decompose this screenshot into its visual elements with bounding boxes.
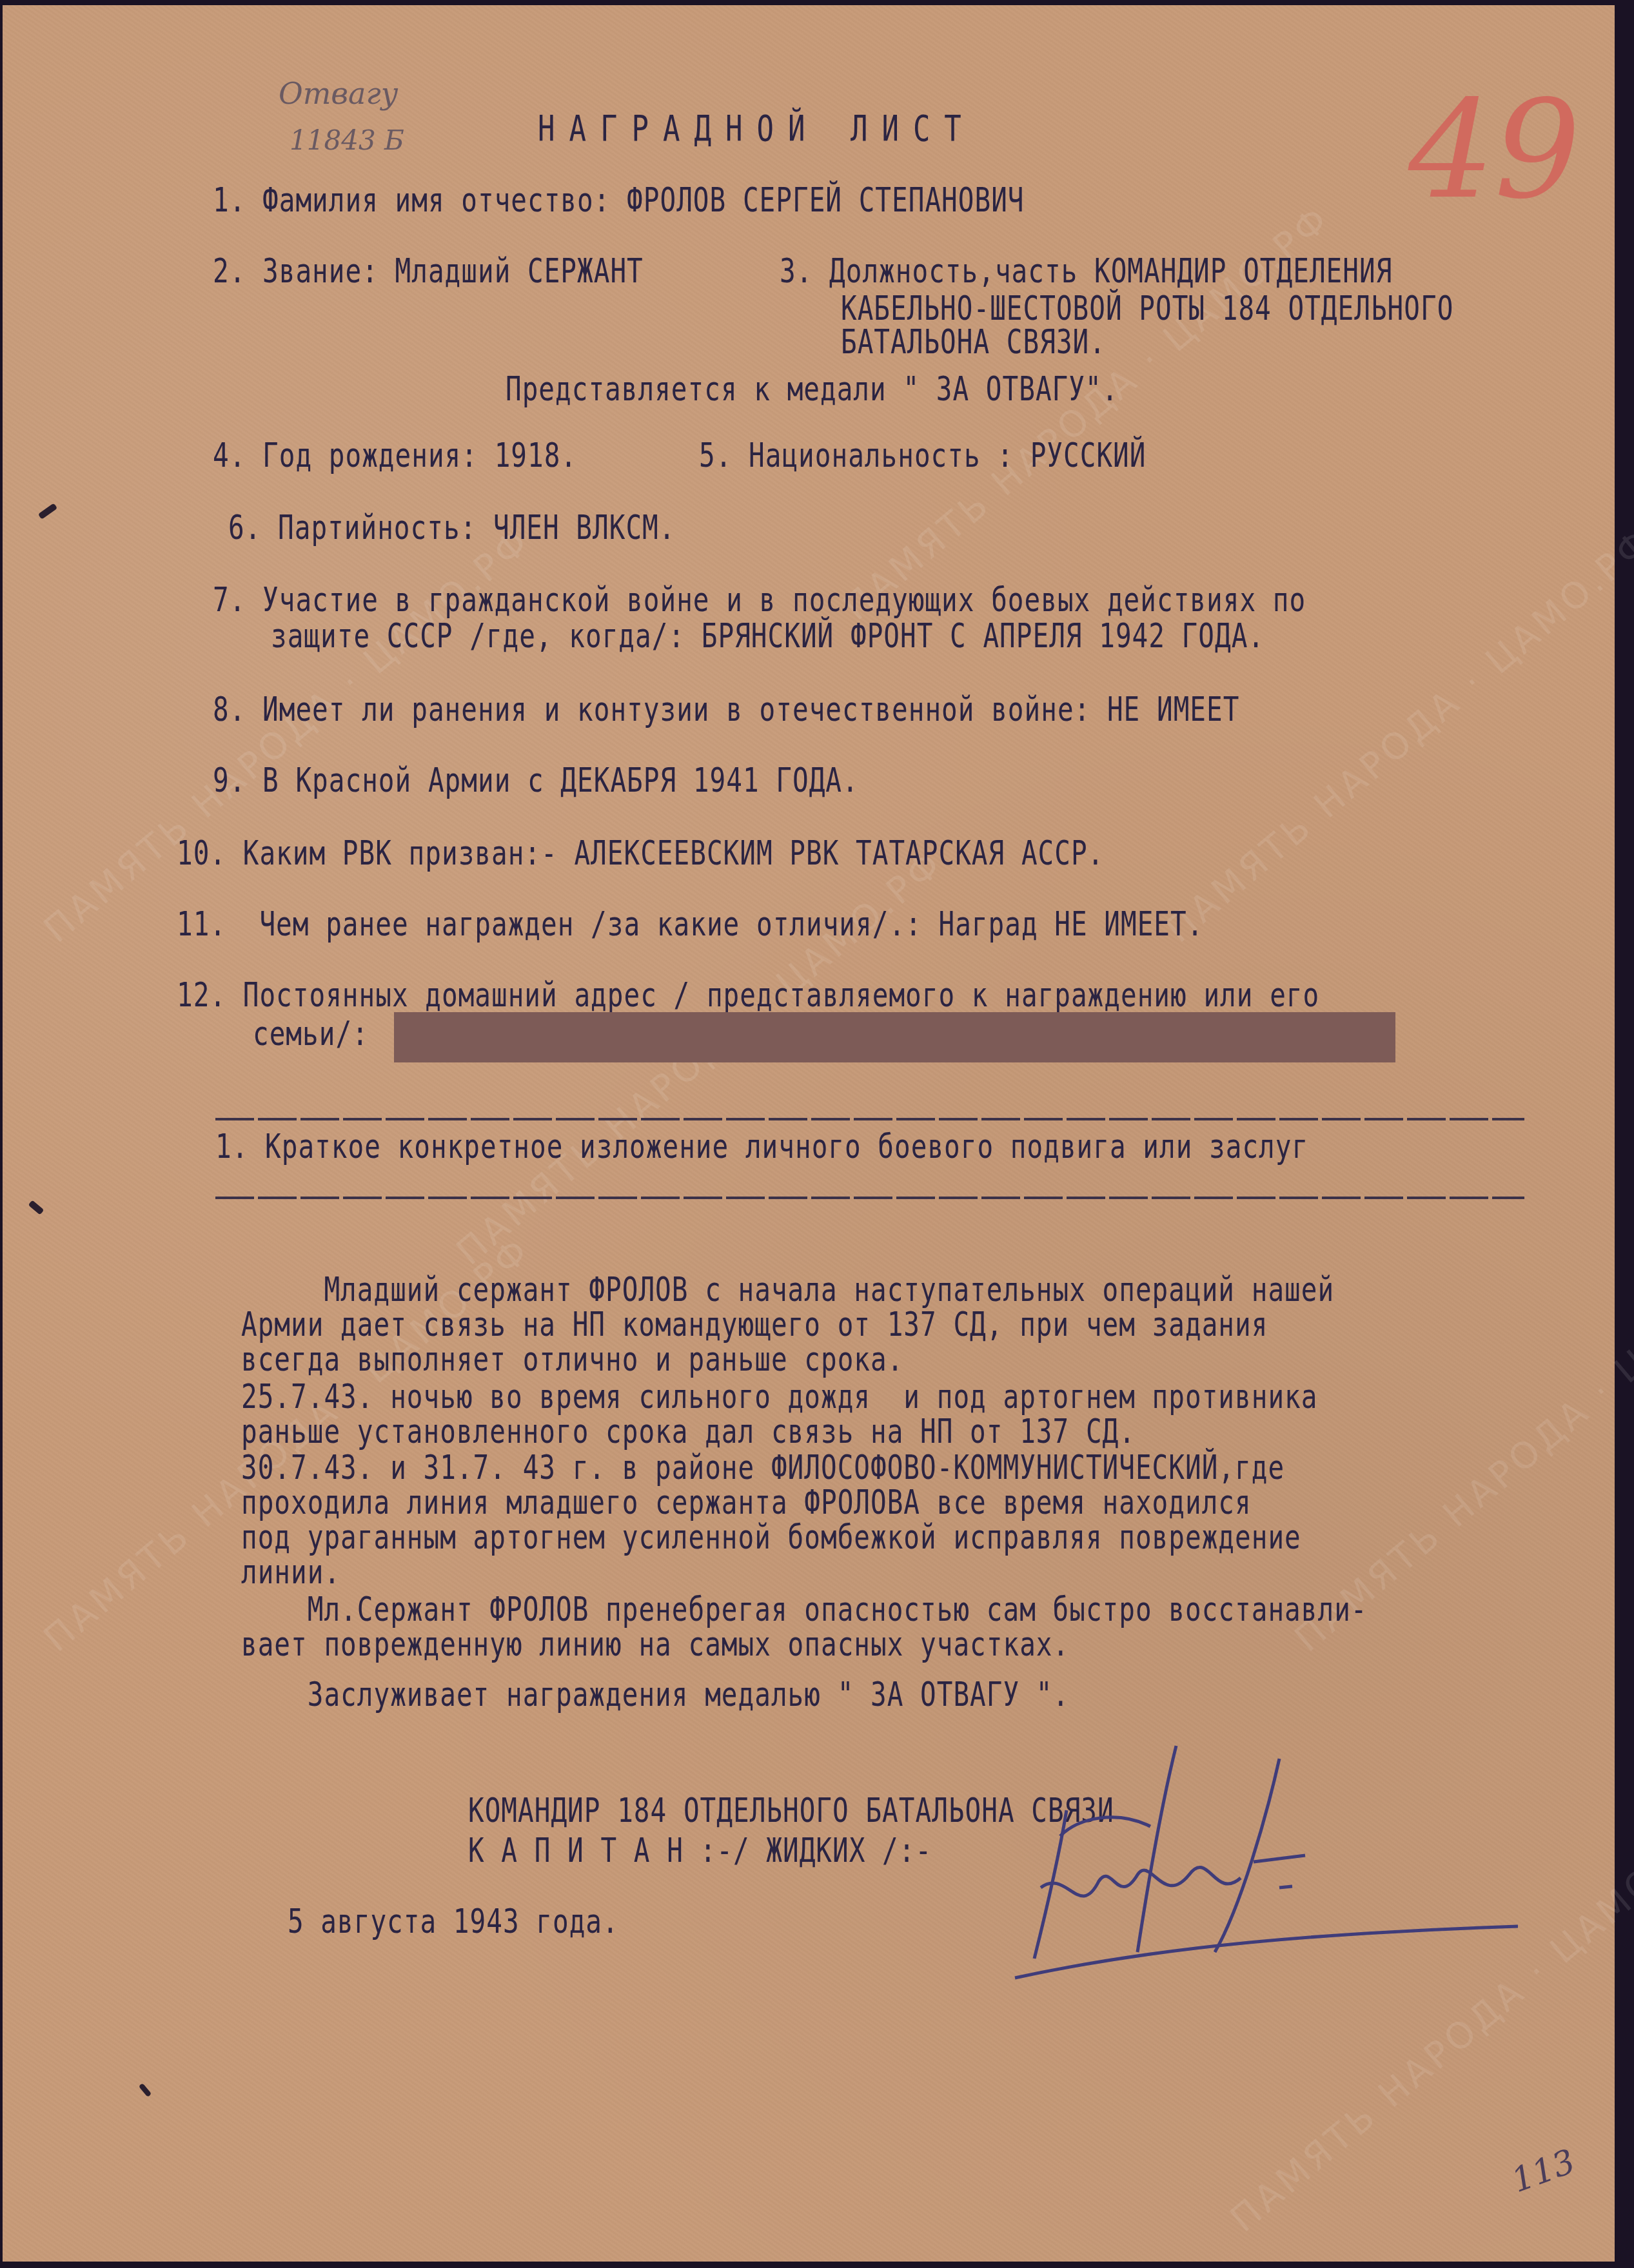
- field-participation-line1: 7. Участие в гражданской войне и в после…: [213, 580, 1306, 619]
- narrative-line: линии.: [241, 1552, 340, 1591]
- narrative-line: Младший сержант ФРОЛОВ с начала наступат…: [241, 1270, 1334, 1309]
- field-wounds: 8. Имеет ли ранения и контузии в отечест…: [213, 690, 1239, 728]
- narrative-line: Армии дает связь на НП командующего от 1…: [241, 1305, 1268, 1344]
- field-full-name: 1. Фамилия имя отчество: ФРОЛОВ СЕРГЕЙ С…: [213, 181, 1025, 219]
- section-heading: 1. Краткое конкретное изложение личного …: [215, 1127, 1308, 1166]
- field-birth-year: 4. Год рождения: 1918.: [213, 436, 577, 474]
- narrative-line: всегда выполняет отлично и раньше срока.: [241, 1340, 903, 1378]
- field-party: 6. Партийность: ЧЛЕН ВЛКСМ.: [228, 508, 675, 547]
- award-sheet-page: ПАМЯТЬ НАРОДА · ЦАМО.РФ ПАМЯТЬ НАРОДА · …: [3, 5, 1615, 2262]
- narrative-line: Заслуживает награждения медалью " ЗА ОТВ…: [241, 1675, 1069, 1714]
- field-address-line1: 12. Постоянных домашний адрес / представ…: [177, 975, 1319, 1014]
- narrative-line: Мл.Сержант ФРОЛОВ пренебрегая опасностью…: [241, 1590, 1368, 1628]
- field-drafted-by: 10. Каким РВК призван:- АЛЕКСЕЕВСКИМ РВК…: [177, 834, 1104, 872]
- divider-top: [215, 1118, 1524, 1120]
- field-address-line2: семьи/:: [253, 1014, 369, 1053]
- handwritten-note-line2: 11843 Б: [290, 124, 404, 156]
- field-participation-line2: защите СССР /где, когда/: БРЯНСКИЙ ФРОНТ…: [271, 616, 1265, 655]
- narrative-line: вает поврежденную линию на самых опасных…: [241, 1625, 1069, 1663]
- field-previous-awards: 11. Чем ранее награжден /за какие отличи…: [177, 904, 1203, 943]
- narrative-line: под ураганным артогнем усиленной бомбежк…: [241, 1518, 1301, 1556]
- paper-tear-mark: [28, 1200, 44, 1215]
- signature-scribble-icon: [905, 1739, 1537, 1997]
- field-red-army-since: 9. В Красной Армии с ДЕКАБРЯ 1941 ГОДА.: [213, 761, 859, 799]
- narrative-line: раньше установленного срока дал связь на…: [241, 1412, 1136, 1451]
- field-position-line1: 3. Должность,часть КОМАНДИР ОТДЕЛЕНИЯ: [780, 251, 1392, 290]
- nomination-line: Представляется к медали " ЗА ОТВАГУ".: [506, 369, 1118, 408]
- divider-bottom: [215, 1197, 1524, 1199]
- field-rank: 2. Звание: Младший СЕРЖАНТ: [213, 251, 644, 290]
- signatory-rank-name: К А П И Т А Н :-/ ЖИДКИХ /:-: [468, 1831, 932, 1870]
- paper-tear-mark: [38, 503, 57, 519]
- field-position-line2: КАБЕЛЬНО-ШЕСТОВОЙ РОТЫ 184 ОТДЕЛЬНОГО: [841, 289, 1453, 327]
- signature-date: 5 августа 1943 года.: [288, 1902, 619, 1941]
- page-number: 113: [1507, 2142, 1580, 2200]
- field-position-line3: БАТАЛЬОНА СВЯЗИ.: [841, 322, 1106, 361]
- narrative-line: 30.7.43. и 31.7. 43 г. в районе ФИЛОСОФО…: [241, 1448, 1285, 1487]
- narrative-line: 25.7.43. ночью во время сильного дождя и…: [241, 1377, 1317, 1416]
- handwritten-note-line1: Отвагу: [279, 76, 398, 111]
- paper-tear-mark: [139, 2083, 152, 2097]
- narrative-line: проходила линия младшего сержанта ФРОЛОВ…: [241, 1483, 1252, 1521]
- red-pencil-number: 49: [1408, 83, 1580, 218]
- redacted-address: [394, 1012, 1395, 1062]
- document-title: НАГРАДНОЙ ЛИСТ: [538, 108, 976, 150]
- field-nationality: 5. Национальность : РУССКИЙ: [699, 436, 1146, 474]
